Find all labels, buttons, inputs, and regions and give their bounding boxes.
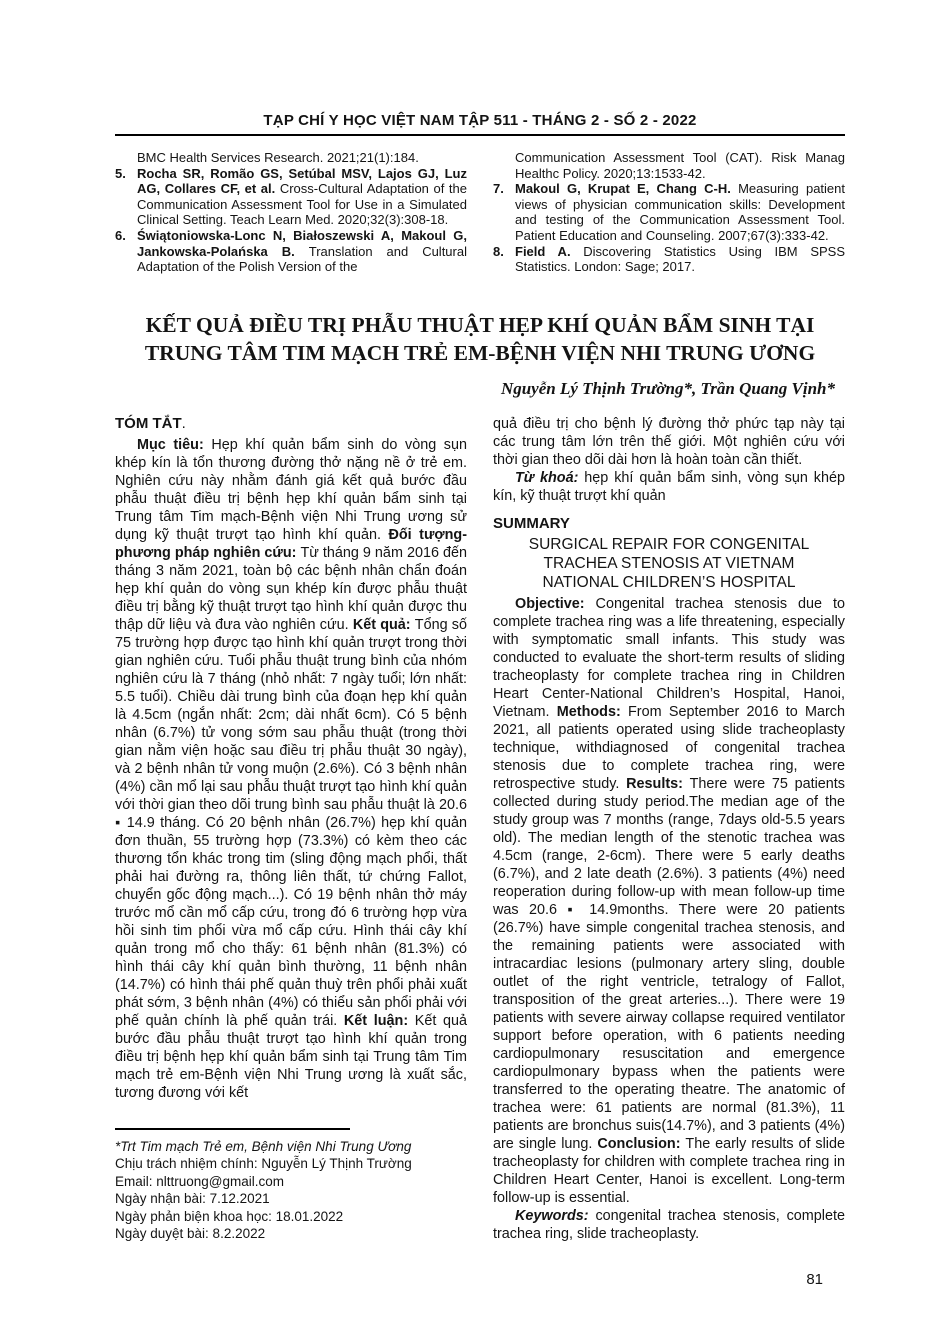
footnote-lines: *Trt Tim mạch Trẻ em, Bệnh viện Nhi Trun… <box>115 1138 467 1243</box>
footnote-line: Email: nlttruong@gmail.com <box>115 1173 467 1191</box>
summary-heading: SUMMARY <box>493 515 845 533</box>
reference-number: 8. <box>493 244 515 260</box>
reference-text: Rocha SR, Romão GS, Setúbal MSV, Lajos G… <box>137 166 467 228</box>
keywords-en: Keywords: congenital trachea stenosis, c… <box>493 1207 845 1243</box>
reference-item: 6.Świątoniowska-Lonc N, Białoszewski A, … <box>115 228 467 275</box>
reference-item: 5.Rocha SR, Romão GS, Setúbal MSV, Lajos… <box>115 166 467 228</box>
references-right-column: Communication Assessment Tool (CAT). Ris… <box>493 150 845 275</box>
footnote-line: Ngày phản biện khoa học: 18.01.2022 <box>115 1208 467 1226</box>
page-number: 81 <box>115 1271 845 1288</box>
reference-text: Field A. Discovering Statistics Using IB… <box>515 244 845 275</box>
footnote-line: *Trt Tim mạch Trẻ em, Bệnh viện Nhi Trun… <box>115 1138 467 1156</box>
journal-page: TẠP CHÍ Y HỌC VIỆT NAM TẬP 511 - THÁNG 2… <box>0 0 942 1333</box>
references-left-column: BMC Health Services Research. 2021;21(1)… <box>115 150 467 275</box>
left-column: TÓM TẮT. Mục tiêu: Hẹp khí quản bẩm sinh… <box>115 415 467 1243</box>
tom-tat-heading-text: TÓM TẮT <box>115 415 182 432</box>
abstract-vi-paragraph: Mục tiêu: Hẹp khí quản bẩm sinh do vòng … <box>115 436 467 1102</box>
footnote-line: Ngày nhận bài: 7.12.2021 <box>115 1190 467 1208</box>
abstract-en-paragraph: Objective: Congenital trachea stenosis d… <box>493 595 845 1207</box>
references-section: BMC Health Services Research. 2021;21(1)… <box>115 150 845 275</box>
reference-number: 5. <box>115 166 137 182</box>
reference-text: Świątoniowska-Lonc N, Białoszewski A, Ma… <box>137 228 467 274</box>
tom-tat-heading-period: . <box>182 415 186 432</box>
summary-subtitle: SURGICAL REPAIR FOR CONGENITAL TRACHEA S… <box>493 535 845 592</box>
reference-item: 8.Field A. Discovering Statistics Using … <box>493 244 845 275</box>
tom-tat-heading: TÓM TẮT. <box>115 415 467 433</box>
reference-number: 7. <box>493 181 515 197</box>
footnote-rule <box>115 1128 350 1130</box>
article-title: KẾT QUẢ ĐIỀU TRỊ PHẪU THUẬT HẸP KHÍ QUẢN… <box>115 311 845 367</box>
reference-item: Communication Assessment Tool (CAT). Ris… <box>493 150 845 181</box>
footnote-line: Chịu trách nhiệm chính: Nguyễn Lý Thịnh … <box>115 1155 467 1173</box>
reference-item: 7.Makoul G, Krupat E, Chang C-H. Measuri… <box>493 181 845 243</box>
article-authors: Nguyễn Lý Thịnh Trường*, Trần Quang Vịnh… <box>115 379 845 399</box>
footnote-block: *Trt Tim mạch Trẻ em, Bệnh viện Nhi Trun… <box>115 1102 467 1243</box>
article-body: TÓM TẮT. Mục tiêu: Hẹp khí quản bẩm sinh… <box>115 415 845 1243</box>
reference-text: Communication Assessment Tool (CAT). Ris… <box>515 150 845 181</box>
right-column: quả điều trị cho bệnh lý đường thở phức … <box>493 415 845 1243</box>
abstract-vi-continuation: quả điều trị cho bệnh lý đường thở phức … <box>493 415 845 469</box>
reference-item: BMC Health Services Research. 2021;21(1)… <box>115 150 467 166</box>
footnote-line: Ngày duyệt bài: 8.2.2022 <box>115 1225 467 1243</box>
keywords-vi: Từ khoá: hẹp khí quản bẩm sinh, vòng sụn… <box>493 469 845 505</box>
reference-text: BMC Health Services Research. 2021;21(1)… <box>137 150 419 165</box>
page-header: TẠP CHÍ Y HỌC VIỆT NAM TẬP 511 - THÁNG 2… <box>115 112 845 136</box>
journal-header-title: TẠP CHÍ Y HỌC VIỆT NAM TẬP 511 - THÁNG 2… <box>115 112 845 129</box>
reference-text: Makoul G, Krupat E, Chang C-H. Measuring… <box>515 181 845 243</box>
reference-number: 6. <box>115 228 137 244</box>
